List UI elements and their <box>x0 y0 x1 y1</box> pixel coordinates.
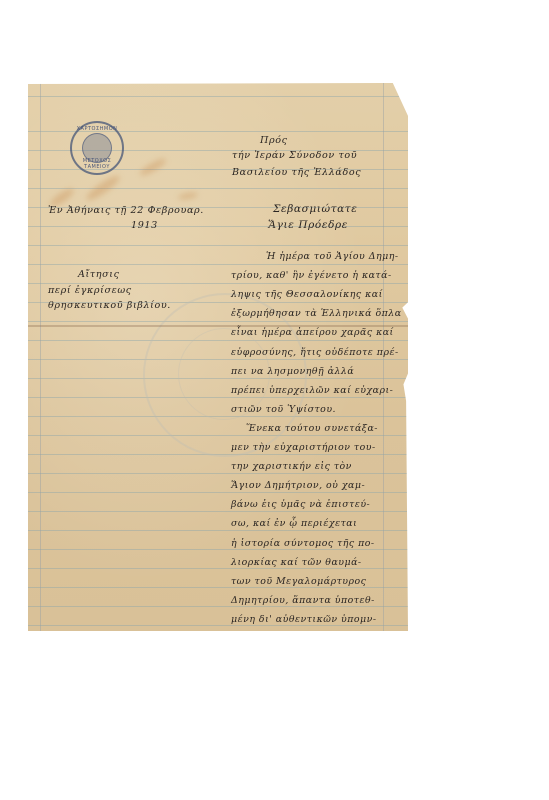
body-line: εἶναι ἡμέρα ἀπείρου χαρᾶς καί <box>231 327 394 338</box>
subject-line-3: θρησκευτικοῦ βιβλίου. <box>48 296 171 315</box>
salutation-line-2: Ἅγιε Πρόεδρε <box>268 216 348 235</box>
body-line: πει να λησμονηθῇ ἀλλά <box>231 366 354 377</box>
body-line: στιῶν τοῦ Ὑψίστου. <box>231 404 336 415</box>
body-line: Δημητρίου, ἅπαντα ὑποτεθ- <box>231 595 375 606</box>
addressee-line-3: Βασιλείου τῆς Ἑλλάδος <box>232 163 361 182</box>
body-line: τρίου, καθ' ἣν ἐγένετο ἡ κατά- <box>231 270 392 281</box>
body-line: οὐ καί ἐκδόσεις γεγονότων <box>231 652 375 663</box>
stamp-text-top: ΧΑΡΤΟΣΗΜΟΝ <box>72 126 122 132</box>
body-line: ημάτων τῆς Πατρολογίας <box>231 633 364 644</box>
stamp-text-bottom: ΜΕΤΟΧΟΣ ΤΑΜΕΙΟΥ <box>72 158 122 170</box>
left-margin-line <box>40 83 41 631</box>
body-line: μεν τὴν εὐχαριστήριον του- <box>231 442 376 453</box>
body-line: Ἅγιον Δημήτριον, οὐ χαμ- <box>231 480 365 491</box>
place-date-line-2: 1913 <box>131 216 158 235</box>
body-line: σω, καί ἐν ᾧ περιέχεται <box>231 518 357 529</box>
body-line: πρέπει ὑπερχειλῶν καί εὐχαρι- <box>231 385 393 396</box>
body-line: μένη δι' αὐθεντικῶν ὑπομν- <box>231 614 377 625</box>
body-line: βάνω ἐις ὑμᾶς νὰ ἐπιστεύ- <box>231 499 370 510</box>
body-line: λιορκίας καί τῶν θαυμά- <box>231 557 362 568</box>
body-line: ληψις τῆς Θεσσαλονίκης καί <box>231 289 383 300</box>
letter-page: ΧΑΡΤΟΣΗΜΟΝ ΜΕΤΟΧΟΣ ΤΑΜΕΙΟΥ Πρός τήν Ἱερά… <box>28 83 408 631</box>
body-line: εὐφροσύνης, ἥτις οὐδέποτε πρέ- <box>231 347 399 358</box>
body-line: την χαριστικήν εἰς τὸν <box>231 461 352 472</box>
official-stamp: ΧΑΡΤΟΣΗΜΟΝ ΜΕΤΟΧΟΣ ΤΑΜΕΙΟΥ <box>70 121 124 175</box>
body-line: ἡ ἱστορία σύντομος τῆς πο- <box>231 538 375 549</box>
body-line: των τοῦ Μεγαλομάρτυρος <box>231 576 366 587</box>
place-date-line-1: Ἐν Ἀθήναις τῇ 22 Φεβρουαρ. <box>48 201 204 220</box>
body-line: ἐξωρμήθησαν τὰ Ἑλληνικά ὅπλα <box>231 308 402 319</box>
body-line: Ἡ ἡμέρα τοῦ Ἁγίου Δημη- <box>266 251 399 262</box>
body-line: Ἕνεκα τούτου συνετάξα- <box>246 423 378 434</box>
